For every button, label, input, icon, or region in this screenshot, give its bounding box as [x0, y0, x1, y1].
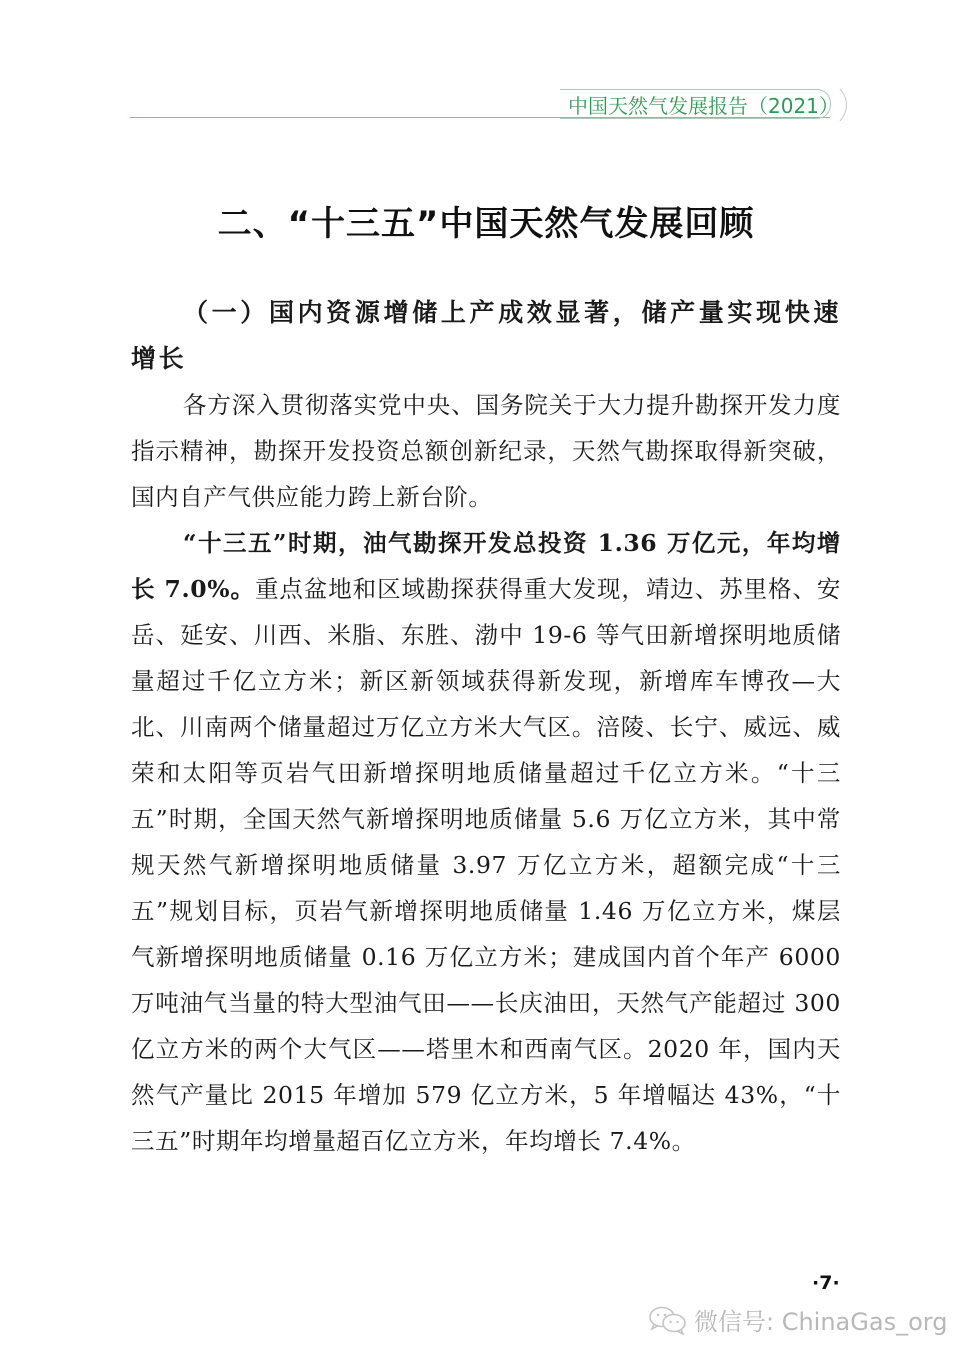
- wechat-watermark: 微信号: ChinaGas_org: [648, 1302, 947, 1337]
- paragraph-2: “十三五”时期，油气勘探开发总投资 1.36 万亿元，年均增长 7.0%。重点盆…: [131, 520, 841, 1164]
- paragraph-2-text: 重点盆地和区域勘探获得重大发现，靖边、苏里格、安岳、延安、川西、米脂、东胜、渤中…: [131, 575, 841, 1155]
- body-content: （一）国内资源增储上产成效显著，储产量实现快速增长 各方深入贯彻落实党中央、国务…: [131, 290, 841, 1164]
- running-header: 中国天然气发展报告（2021）: [130, 84, 850, 124]
- chapter-title: 二、“十三五”中国天然气发展回顾: [0, 196, 972, 245]
- watermark-text: 微信号: ChinaGas_org: [694, 1302, 947, 1337]
- page-number: ·7·: [812, 1272, 840, 1294]
- paragraph-1: 各方深入贯彻落实党中央、国务院关于大力提升勘探开发力度指示精神，勘探开发投资总额…: [131, 382, 841, 520]
- report-title: 中国天然气发展报告（2021）: [568, 90, 839, 119]
- wechat-icon: [648, 1305, 688, 1335]
- section-heading: （一）国内资源增储上产成效显著，储产量实现快速增长: [131, 290, 841, 382]
